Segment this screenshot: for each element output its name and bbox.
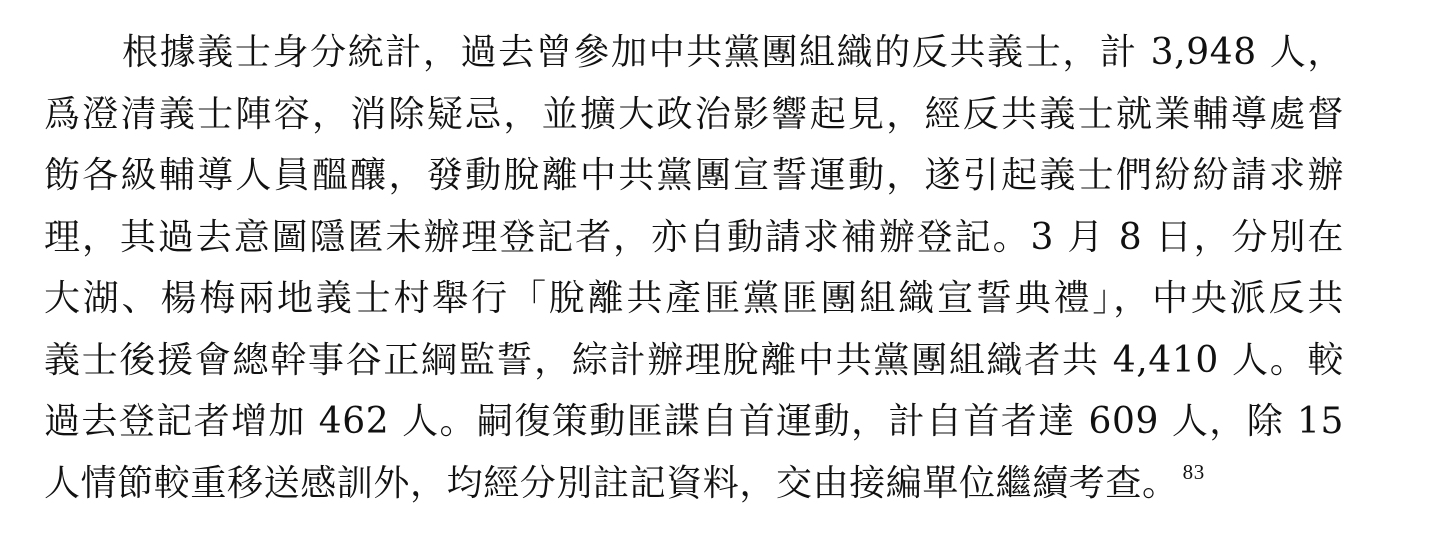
text-line-6: 義士後援會總幹事谷正綱監誓，綜計辦理脫離中共黨團組織者共 4,410 人。較 xyxy=(44,330,1344,392)
text-line-8-content: 人情節較重移送感訓外，均經分別註記資料，交由接編單位繼續考查。 xyxy=(44,463,1179,504)
text-line-8: 人情節較重移送感訓外，均經分別註記資料，交由接編單位繼續考查。83 xyxy=(44,453,1344,515)
text-line-5: 大湖、楊梅兩地義士村舉行「脫離共產匪黨匪團組織宣誓典禮」，中央派反共 xyxy=(44,268,1344,330)
text-line-7: 過去登記者增加 462 人。嗣復策動匪諜自首運動，計自首者達 609 人，除 1… xyxy=(44,391,1344,453)
text-line-2: 爲澄清義士陣容，消除疑忌，並擴大政治影響起見，經反共義士就業輔導處督 xyxy=(44,84,1344,146)
text-line-3: 飭各級輔導人員醞釀，發動脫離中共黨團宣誓運動，遂引起義士們紛紛請求辦 xyxy=(44,145,1344,207)
text-line-1: 根據義士身分統計，過去曾參加中共黨團組織的反共義士，計 3,948 人， xyxy=(44,22,1344,84)
text-line-4: 理，其過去意圖隱匿未辦理登記者，亦自動請求補辦登記。3 月 8 日，分別在 xyxy=(44,207,1344,269)
body-paragraph: 根據義士身分統計，過去曾參加中共黨團組織的反共義士，計 3,948 人， 爲澄清… xyxy=(44,22,1344,514)
footnote-reference[interactable]: 83 xyxy=(1183,460,1205,484)
document-page: 根據義士身分統計，過去曾參加中共黨團組織的反共義士，計 3,948 人， 爲澄清… xyxy=(44,22,1344,514)
